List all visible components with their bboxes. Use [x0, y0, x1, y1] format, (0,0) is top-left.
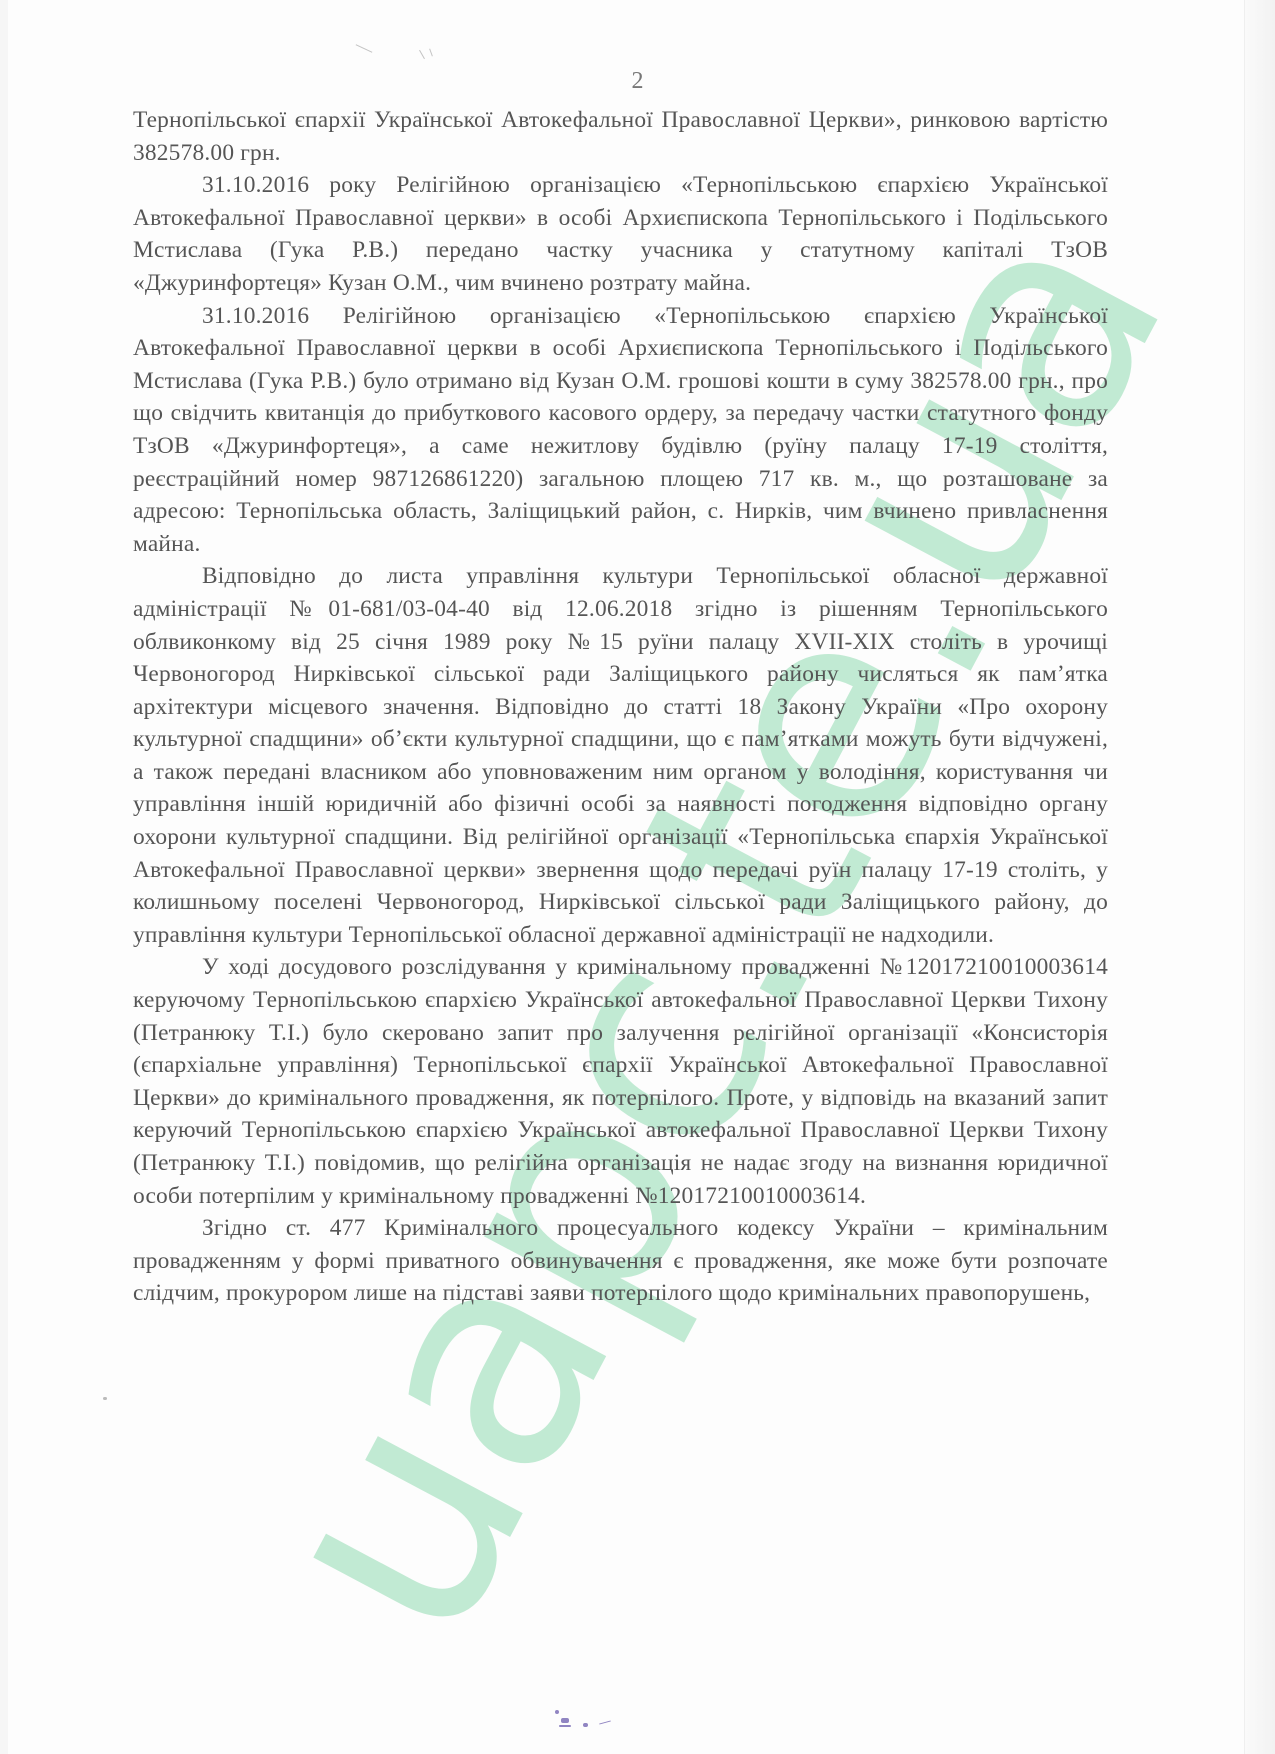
scan-artifact-top — [355, 40, 475, 70]
scan-edge-right — [1244, 0, 1275, 1754]
paragraph: Відповідно до листа управління культури … — [133, 560, 1108, 951]
paragraph: 31.10.2016 року Релігійною організацією … — [133, 169, 1108, 299]
signature-mark — [555, 1710, 615, 1726]
paragraph: Згідно ст. 477 Кримінального процесуальн… — [133, 1212, 1108, 1310]
paragraph: У ході досудового розслідування у кримін… — [133, 951, 1108, 1212]
scan-artifact-dot — [103, 1397, 107, 1400]
document-body: Тернопільської єпархії Української Авток… — [133, 104, 1108, 1310]
paragraph: Тернопільської єпархії Української Авток… — [133, 104, 1108, 169]
page-number: 2 — [0, 68, 1275, 95]
paragraph: 31.10.2016 Релігійною організацією «Терн… — [133, 300, 1108, 561]
scan-edge-left — [0, 0, 8, 1754]
